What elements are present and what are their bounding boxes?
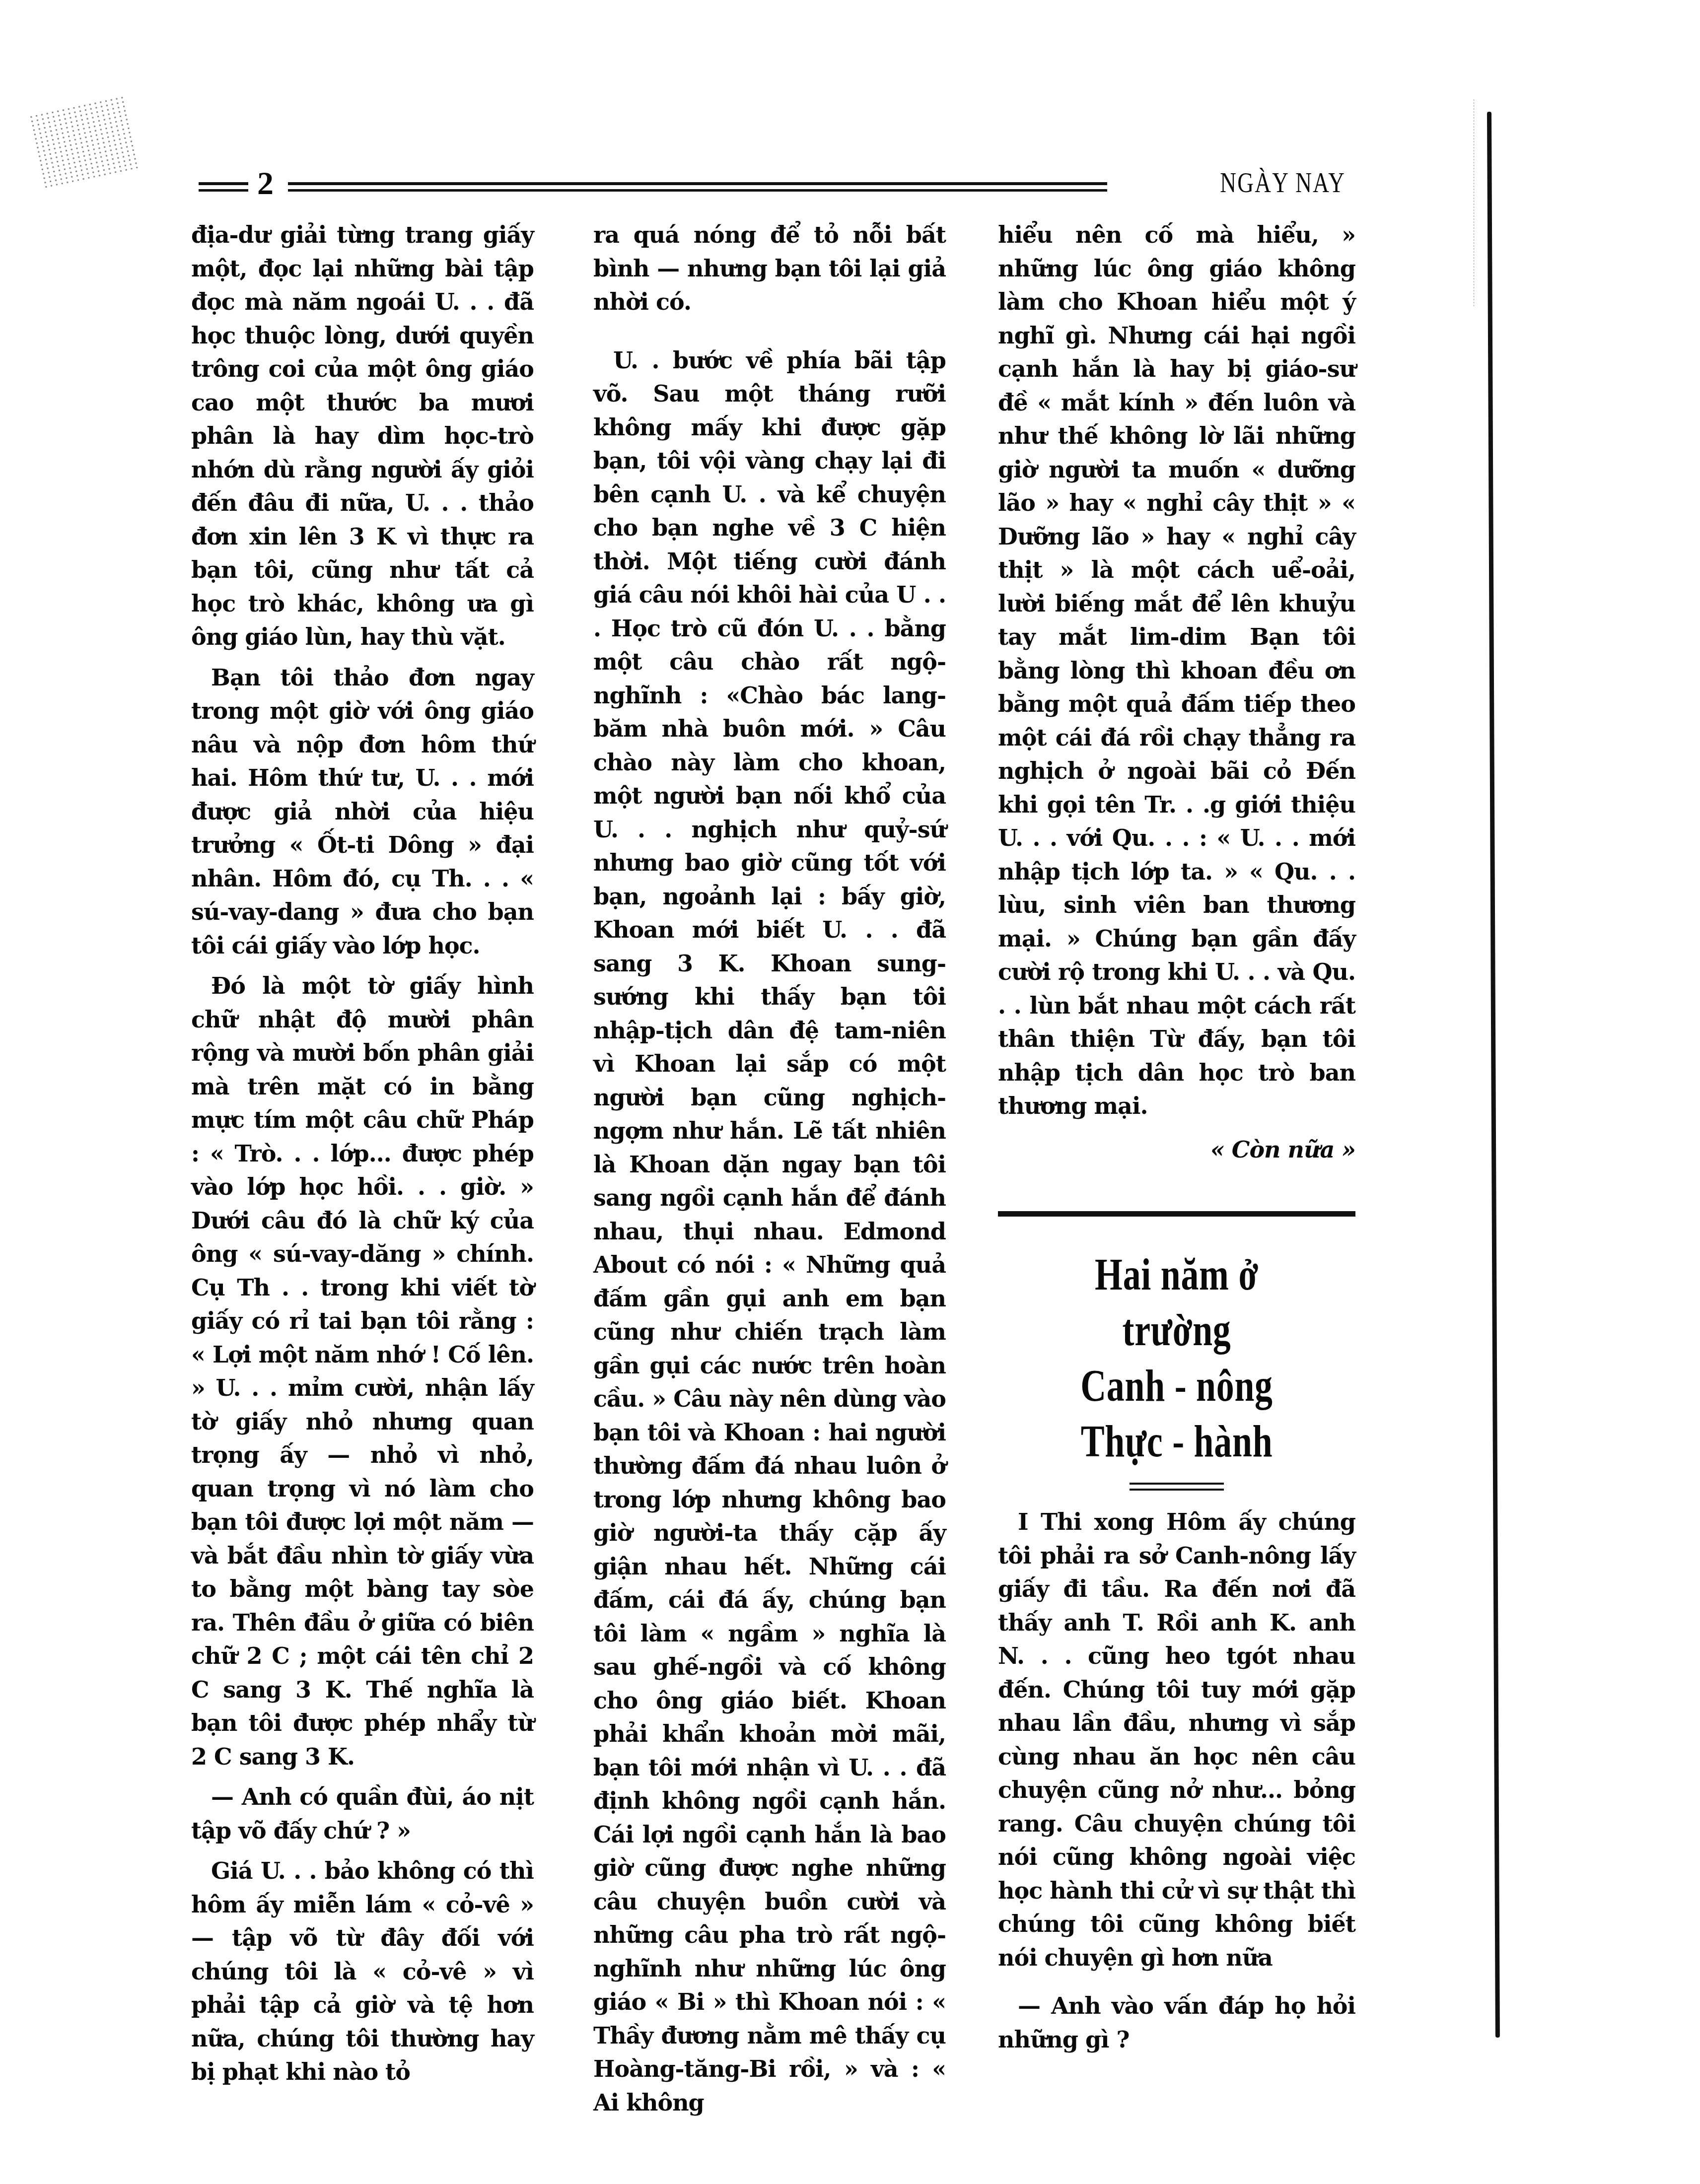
headline-line: Canh - nông <box>1037 1358 1316 1413</box>
header-rule <box>199 189 248 192</box>
dialogue-line: — Anh vào vấn đáp họ hỏi những gì ? <box>998 1989 1355 2056</box>
column-1: địa-dư giải từng trang giấy một, đọc lại… <box>191 218 534 2089</box>
scan-artifact <box>1474 99 1474 308</box>
paragraph: U. . bước về phía bãi tập võ. Sau một th… <box>593 344 946 2120</box>
paragraph: địa-dư giải từng trang giấy một, đọc lại… <box>191 218 534 654</box>
article-divider <box>998 1211 1355 1217</box>
paragraph: ra quá nóng để tỏ nỗi bất bình — nhưng b… <box>593 218 946 319</box>
column-2: ra quá nóng để tỏ nỗi bất bình — nhưng b… <box>593 218 946 2119</box>
headline-line: Thực - hành <box>1037 1413 1316 1469</box>
section-lede: I Thi xong <box>1018 1508 1153 1535</box>
paragraph-text: Hôm ấy chúng tôi phải ra sở Canh-nông lấ… <box>998 1508 1355 1971</box>
paragraph: I Thi xong Hôm ấy chúng tôi phải ra sở C… <box>998 1505 1355 1975</box>
paragraph: hiểu nên cố mà hiểu, » những lúc ông giá… <box>998 218 1355 1123</box>
paragraph: Đó là một tờ giấy hình chữ nhật độ mười … <box>191 969 534 1774</box>
paragraph: Bạn tôi thảo đơn ngay trong một giờ với … <box>191 661 534 963</box>
to-be-continued: « Còn nữa » <box>998 1133 1355 1167</box>
header-rule <box>288 182 1107 185</box>
page-edge-line <box>1487 112 1500 2038</box>
headline-line: Hai năm ở trường <box>1037 1246 1316 1358</box>
dialogue-line: — Anh có quần đùi, áo nịt tập võ đấy chứ… <box>191 1780 534 1847</box>
column-3: hiểu nên cố mà hiểu, » những lúc ông giá… <box>998 218 1355 2056</box>
article-headline: Hai năm ở trường Canh - nông Thực - hành <box>1037 1246 1316 1469</box>
page-header: 2 NGÀY NAY <box>199 171 1346 206</box>
publication-name: NGÀY NAY <box>1220 168 1346 197</box>
header-rule <box>199 182 248 185</box>
headline-rule <box>1130 1483 1224 1491</box>
newspaper-page: 2 NGÀY NAY địa-dư giải từng trang giấy m… <box>0 0 1700 2184</box>
header-rule <box>288 189 1107 192</box>
page-number: 2 <box>257 167 274 200</box>
paragraph: Giá U. . . bảo không có thì hôm ấy miễn … <box>191 1854 534 2089</box>
scan-noise <box>28 95 141 188</box>
